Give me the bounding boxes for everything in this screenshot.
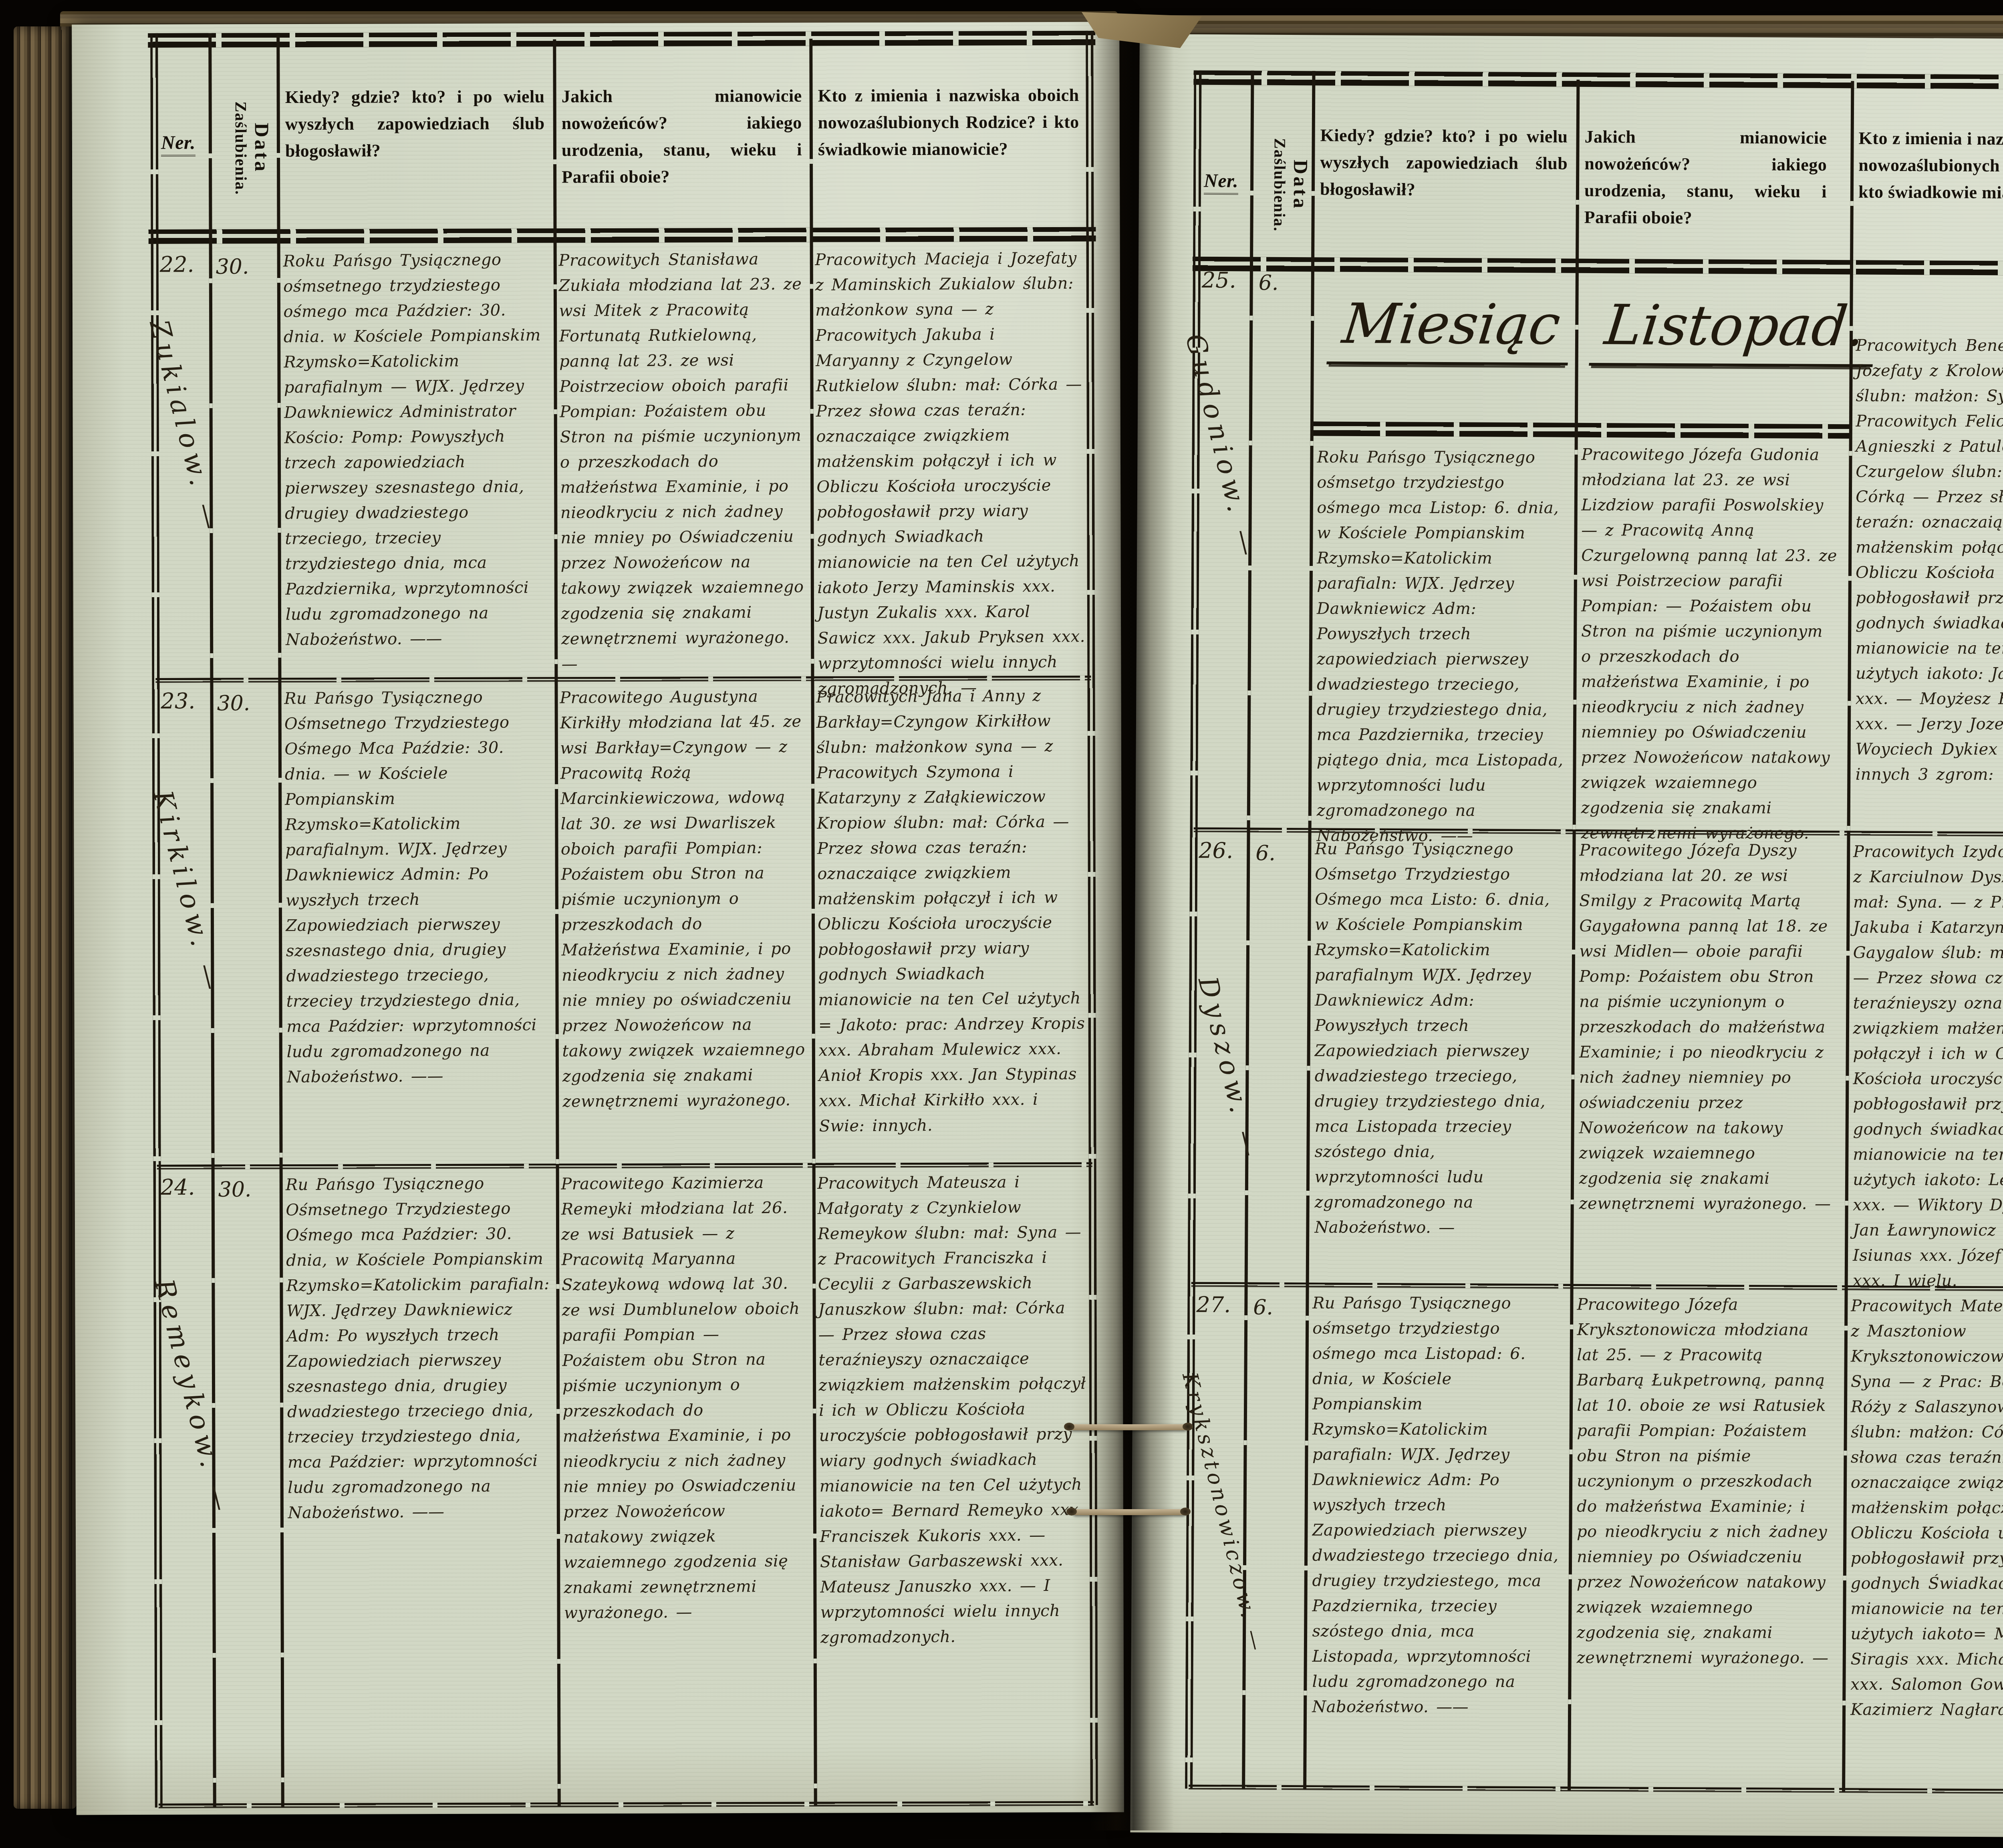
grid-line	[148, 31, 1095, 48]
entry-when-cell: Ru Pańsgo Tysiącznego Ośmsetgo Trzydzies…	[1314, 837, 1566, 1241]
entry-date: 30.	[216, 255, 249, 279]
entry-number: 27.	[1196, 1292, 1231, 1317]
grid-line	[1312, 421, 1851, 439]
page-stack-left-edge	[14, 26, 76, 1809]
grid-line	[148, 227, 1096, 244]
binding-thread-icon	[1070, 1424, 1187, 1430]
entry-when-cell: Ru Pańsgo Tysiącznego Ośmsetnego Trzydzi…	[284, 684, 551, 1090]
entry-number: 25.	[1202, 268, 1236, 293]
column-header-date-line2: Zaślubienia.	[1270, 121, 1290, 249]
column-header-couple: Jakich mianowicie nowożeńców? iakiego ur…	[562, 83, 802, 191]
register-book-photo: Ner. Data Zaślubienia. Kiedy? gdzie? kto…	[0, 0, 2003, 1848]
entry-when-cell: Roku Pańsgo Tysiącznego ośmsetgo trzydzi…	[1317, 445, 1569, 849]
column-header-parents: Kto z imienia i nazwiska oboich nowozaśl…	[818, 82, 1080, 163]
column-header-date-line2: Zaślubienia.	[232, 84, 251, 212]
month-heading-word2: Listopad.	[1589, 293, 1880, 367]
left-page: Ner. Data Zaślubienia. Kiedy? gdzie? kto…	[72, 22, 1124, 1815]
entry-margin-surname: Remeykow. —	[149, 1276, 238, 1519]
grid-line	[159, 1801, 1094, 1808]
entry-parents-cell: Pracowitych Macieja i Jozefaty z Maminsk…	[815, 246, 1086, 702]
grid-line	[150, 33, 163, 1808]
binding-hole-icon	[1180, 1508, 1191, 1516]
column-header-date: Data Zaślubienia.	[214, 84, 274, 212]
entry-margin-surname: Dyszow. —	[1192, 974, 1267, 1165]
entry-number: 22.	[160, 252, 194, 277]
binding-hole-icon	[1064, 1423, 1074, 1431]
grid-line	[1189, 1785, 2003, 1794]
entry-number: 26.	[1199, 838, 1233, 863]
entry-parents-cell: Pracowitych Mateusza i Anny z Masztoniow…	[1850, 1294, 2003, 1723]
binding-hole-icon	[1066, 1508, 1077, 1516]
column-header-date-line1: Data	[250, 84, 274, 212]
entry-when-cell: Ru Pańsgo Tysiącznego ośmsetgo trzydzies…	[1312, 1291, 1564, 1720]
grid-line	[1242, 70, 1254, 1789]
grid-line	[157, 1162, 1092, 1170]
entry-couple-cell: Pracowitego Józefa Dyszy młodziana lat 2…	[1579, 838, 1836, 1217]
entry-couple-cell: Pracowitego Józefa Kryksztonowicza młodz…	[1577, 1292, 1834, 1671]
month-heading-word1: Miesiąc	[1326, 292, 1576, 366]
entry-date: 6.	[1259, 271, 1279, 295]
entry-date: 6.	[1255, 841, 1276, 866]
entry-couple-cell: Pracowitych Stanisława Zukiała młodziana…	[558, 246, 807, 677]
entry-number: 23.	[161, 688, 195, 714]
entry-date: 6.	[1253, 1296, 1273, 1320]
entry-parents-cell: Pracowitych Benedykta i Jozefaty z Krolo…	[1856, 333, 2003, 788]
column-header-ner: Ner.	[161, 129, 209, 158]
entry-when-cell: Ru Pańsgo Tysiącznego Ośmsetnego Trzydzi…	[286, 1171, 552, 1526]
column-header-ner-label: Ner.	[161, 132, 195, 157]
column-header-parents: Kto z imienia i nazwiska oboich nowozaśl…	[1858, 125, 2003, 207]
column-header-date: Data Zaślubienia.	[1252, 121, 1313, 249]
entry-when-cell: Roku Pańsgo Tysiącznego ośmsetnego trzyd…	[283, 247, 550, 653]
right-page: Ner. Data Zaślubienia. Kiedy? gdzie? kto…	[1130, 34, 2003, 1838]
entry-parents-cell: Pracowitych Izydora i Rozalii z Karciuln…	[1853, 839, 2003, 1294]
book-gutter-shadow	[1090, 20, 1174, 1830]
column-header-date-line1: Data	[1289, 121, 1313, 249]
column-header-ner: Ner.	[1204, 167, 1250, 196]
binding-hole-icon	[1183, 1423, 1193, 1431]
entry-number: 24.	[161, 1175, 195, 1200]
entry-parents-cell: Pracowitych Jana i Anny z Barkłay=Czyngo…	[816, 683, 1087, 1139]
column-header-when: Kiedy? gdzie? kto? i po wielu wyszłych z…	[1320, 122, 1568, 204]
column-header-couple: Jakich mianowicie nowożeńców? iakiego ur…	[1584, 124, 1827, 232]
entry-couple-cell: Pracowitego Augustyna Kirkiłły młodziana…	[560, 684, 808, 1114]
entry-parents-cell: Pracowitych Mateusza i Małgoraty z Czynk…	[817, 1169, 1088, 1651]
entry-couple-cell: Pracowitego Józefa Gudonia młodziana lat…	[1581, 442, 1838, 846]
entry-date: 30.	[217, 691, 250, 715]
column-header-ner-label: Ner.	[1204, 170, 1238, 195]
entry-date: 30.	[218, 1178, 252, 1202]
column-header-when: Kiedy? gdzie? kto? i po wielu wyszłych z…	[285, 83, 545, 164]
grid-line	[1185, 70, 1201, 1789]
entry-couple-cell: Pracowitego Kazimierza Remeyki młodziana…	[561, 1170, 810, 1626]
binding-thread-icon	[1073, 1509, 1186, 1515]
